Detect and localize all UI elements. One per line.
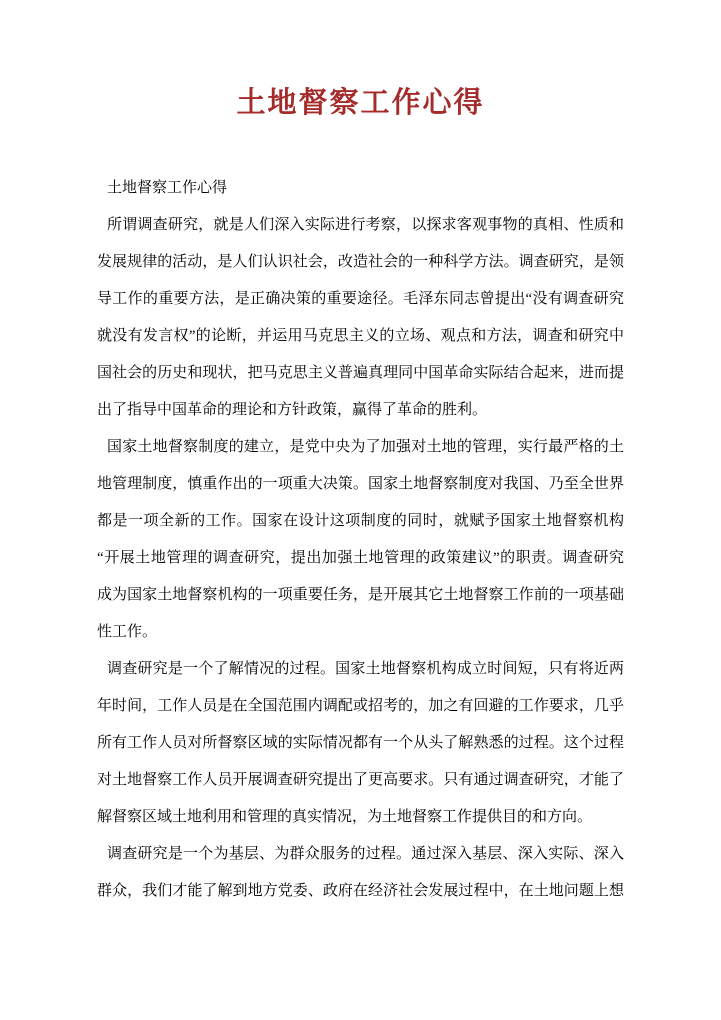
text-line: 国社会的历史和现状，把马克思主义普遍真理同中国革命实际结合起来，进而提 bbox=[97, 355, 624, 392]
text-line: 性工作。 bbox=[97, 614, 624, 651]
text-line: 成为国家土地督察机构的一项重要任务，是开展其它土地督察工作前的一项基础 bbox=[97, 577, 624, 614]
text-line: “开展土地管理的调查研究，提出加强土地管理的政策建议”的职责。调查研究 bbox=[97, 540, 624, 577]
document-title: 土地督察工作心得 bbox=[0, 0, 721, 122]
document-page: 土地督察工作心得 土地督察工作心得所谓调查研究，就是人们深入实际进行考察，以探求… bbox=[0, 0, 721, 1020]
text-line: 对土地督察工作人员开展调查研究提出了更高要求。只有通过调查研究，才能了 bbox=[97, 762, 624, 799]
paragraph: 国家土地督察制度的建立，是党中央为了加强对土地的管理，实行最严格的土地管理制度，… bbox=[97, 429, 624, 651]
text-line: 土地督察工作心得 bbox=[97, 170, 624, 207]
text-line: 所有工作人员对所督察区域的实际情况都有一个从头了解熟悉的过程。这个过程 bbox=[97, 725, 624, 762]
text-line: 调查研究是一个了解情况的过程。国家土地督察机构成立时间短，只有将近两 bbox=[97, 651, 624, 688]
text-line: 发展规律的活动，是人们认识社会，改造社会的一种科学方法。调查研究，是领 bbox=[97, 244, 624, 281]
paragraph: 土地督察工作心得 bbox=[97, 170, 624, 207]
text-line: 解督察区域土地利用和管理的真实情况，为土地督察工作提供目的和方向。 bbox=[97, 799, 624, 836]
text-line: 导工作的重要方法，是正确决策的重要途径。毛泽东同志曾提出“没有调查研究 bbox=[97, 281, 624, 318]
text-line: 所谓调查研究，就是人们深入实际进行考察，以探求客观事物的真相、性质和 bbox=[97, 207, 624, 244]
text-line: 国家土地督察制度的建立，是党中央为了加强对土地的管理，实行最严格的土 bbox=[97, 429, 624, 466]
text-line: 都是一项全新的工作。国家在设计这项制度的同时，就赋予国家土地督察机构 bbox=[97, 503, 624, 540]
paragraph: 调查研究是一个为基层、为群众服务的过程。通过深入基层、深入实际、深入群众，我们才… bbox=[97, 836, 624, 910]
document-body: 土地督察工作心得所谓调查研究，就是人们深入实际进行考察，以探求客观事物的真相、性… bbox=[97, 170, 624, 910]
text-line: 出了指导中国革命的理论和方针政策，赢得了革命的胜利。 bbox=[97, 392, 624, 429]
text-line: 群众，我们才能了解到地方党委、政府在经济社会发展过程中，在土地问题上想 bbox=[97, 873, 624, 910]
text-line: 年时间，工作人员是在全国范围内调配或招考的，加之有回避的工作要求，几乎 bbox=[97, 688, 624, 725]
paragraph: 所谓调查研究，就是人们深入实际进行考察，以探求客观事物的真相、性质和发展规律的活… bbox=[97, 207, 624, 429]
text-line: 就没有发言权”的论断，并运用马克思主义的立场、观点和方法，调查和研究中 bbox=[97, 318, 624, 355]
paragraph: 调查研究是一个了解情况的过程。国家土地督察机构成立时间短，只有将近两年时间，工作… bbox=[97, 651, 624, 836]
text-line: 地管理制度，慎重作出的一项重大决策。国家土地督察制度对我国、乃至全世界 bbox=[97, 466, 624, 503]
text-line: 调查研究是一个为基层、为群众服务的过程。通过深入基层、深入实际、深入 bbox=[97, 836, 624, 873]
